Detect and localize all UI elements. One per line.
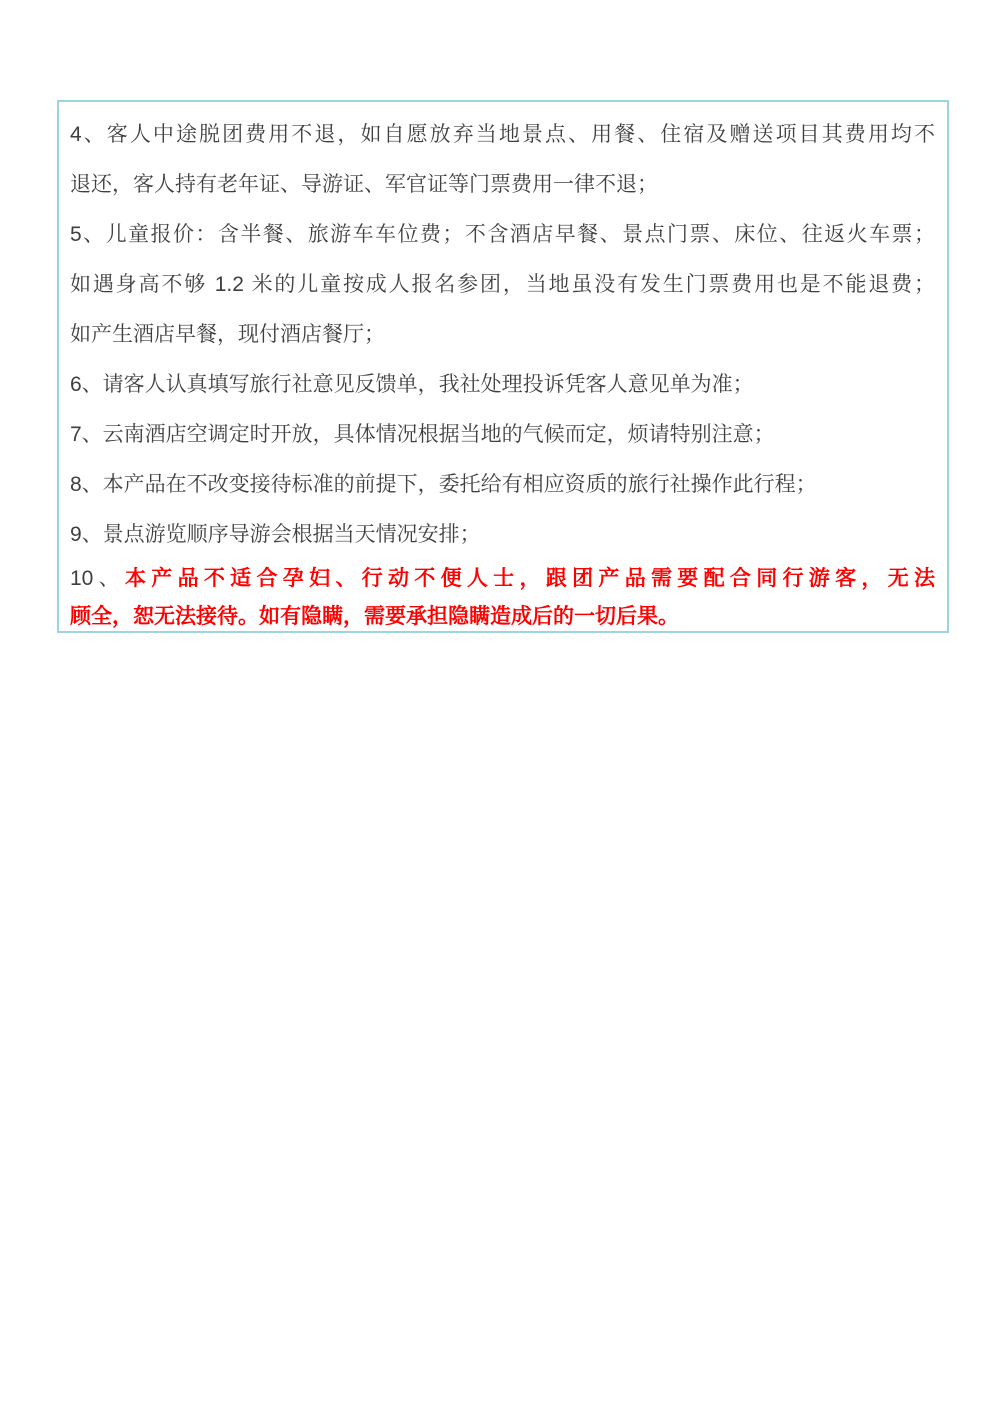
terms-line: 如产生酒店早餐，现付酒店餐厅； xyxy=(70,310,935,360)
terms-line: 5、儿童报价：含半餐、旅游车车位费；不含酒店早餐、景点门票、床位、往返火车票； xyxy=(70,210,935,260)
terms-line: 9、景点游览顺序导游会根据当天情况安排； xyxy=(70,510,935,560)
terms-line: 如遇身高不够 1.2 米的儿童按成人报名参团，当地虽没有发生门票费用也是不能退费… xyxy=(70,260,935,310)
terms-line: 7、云南酒店空调定时开放，具体情况根据当地的气候而定，烦请特别注意； xyxy=(70,410,935,460)
terms-line: 4、客人中途脱团费用不退，如自愿放弃当地景点、用餐、住宿及赠送项目其费用均不 xyxy=(70,110,935,160)
terms-line-text: 顾全，恕无法接待。如有隐瞒，需要承担隐瞒造成后的一切后果。 xyxy=(70,605,679,628)
terms-line-text: 退还，客人持有老年证、导游证、军官证等门票费用一律不退； xyxy=(70,173,658,196)
terms-line-text: 7、云南酒店空调定时开放，具体情况根据当地的气候而定，烦请特别注意； xyxy=(70,423,775,446)
terms-line: 顾全，恕无法接待。如有隐瞒，需要承担隐瞒造成后的一切后果。 xyxy=(70,598,935,633)
terms-line-text: 4、客人中途脱团费用不退，如自愿放弃当地景点、用餐、住宿及赠送项目其费用均不 xyxy=(70,123,935,146)
terms-line-text: 6、请客人认真填写旅行社意见反馈单，我社处理投诉凭客人意见单为准； xyxy=(70,373,754,396)
terms-line-text: 9、景点游览顺序导游会根据当天情况安排； xyxy=(70,523,481,546)
terms-line-text: 5、儿童报价：含半餐、旅游车车位费；不含酒店早餐、景点门票、床位、往返火车票； xyxy=(70,223,935,246)
terms-line: 6、请客人认真填写旅行社意见反馈单，我社处理投诉凭客人意见单为准； xyxy=(70,360,935,410)
terms-line-text: 8、本产品在不改变接待标准的前提下，委托给有相应资质的旅行社操作此行程； xyxy=(70,473,817,496)
travel-terms-notice-box: 4、客人中途脱团费用不退，如自愿放弃当地景点、用餐、住宿及赠送项目其费用均不 退… xyxy=(57,100,949,633)
terms-line: 退还，客人持有老年证、导游证、军官证等门票费用一律不退； xyxy=(70,160,935,210)
terms-line-text: 本产品不适合孕妇、行动不便人士，跟团产品需要配合同行游客，无法 xyxy=(125,567,935,590)
terms-line-number: 10、 xyxy=(70,567,125,590)
terms-line: 8、本产品在不改变接待标准的前提下，委托给有相应资质的旅行社操作此行程； xyxy=(70,460,935,510)
terms-line: 10、本产品不适合孕妇、行动不便人士，跟团产品需要配合同行游客，无法 xyxy=(70,560,935,598)
terms-line-text: 如遇身高不够 1.2 米的儿童按成人报名参团，当地虽没有发生门票费用也是不能退费… xyxy=(70,273,935,296)
terms-line-text: 如产生酒店早餐，现付酒店餐厅； xyxy=(70,323,385,346)
